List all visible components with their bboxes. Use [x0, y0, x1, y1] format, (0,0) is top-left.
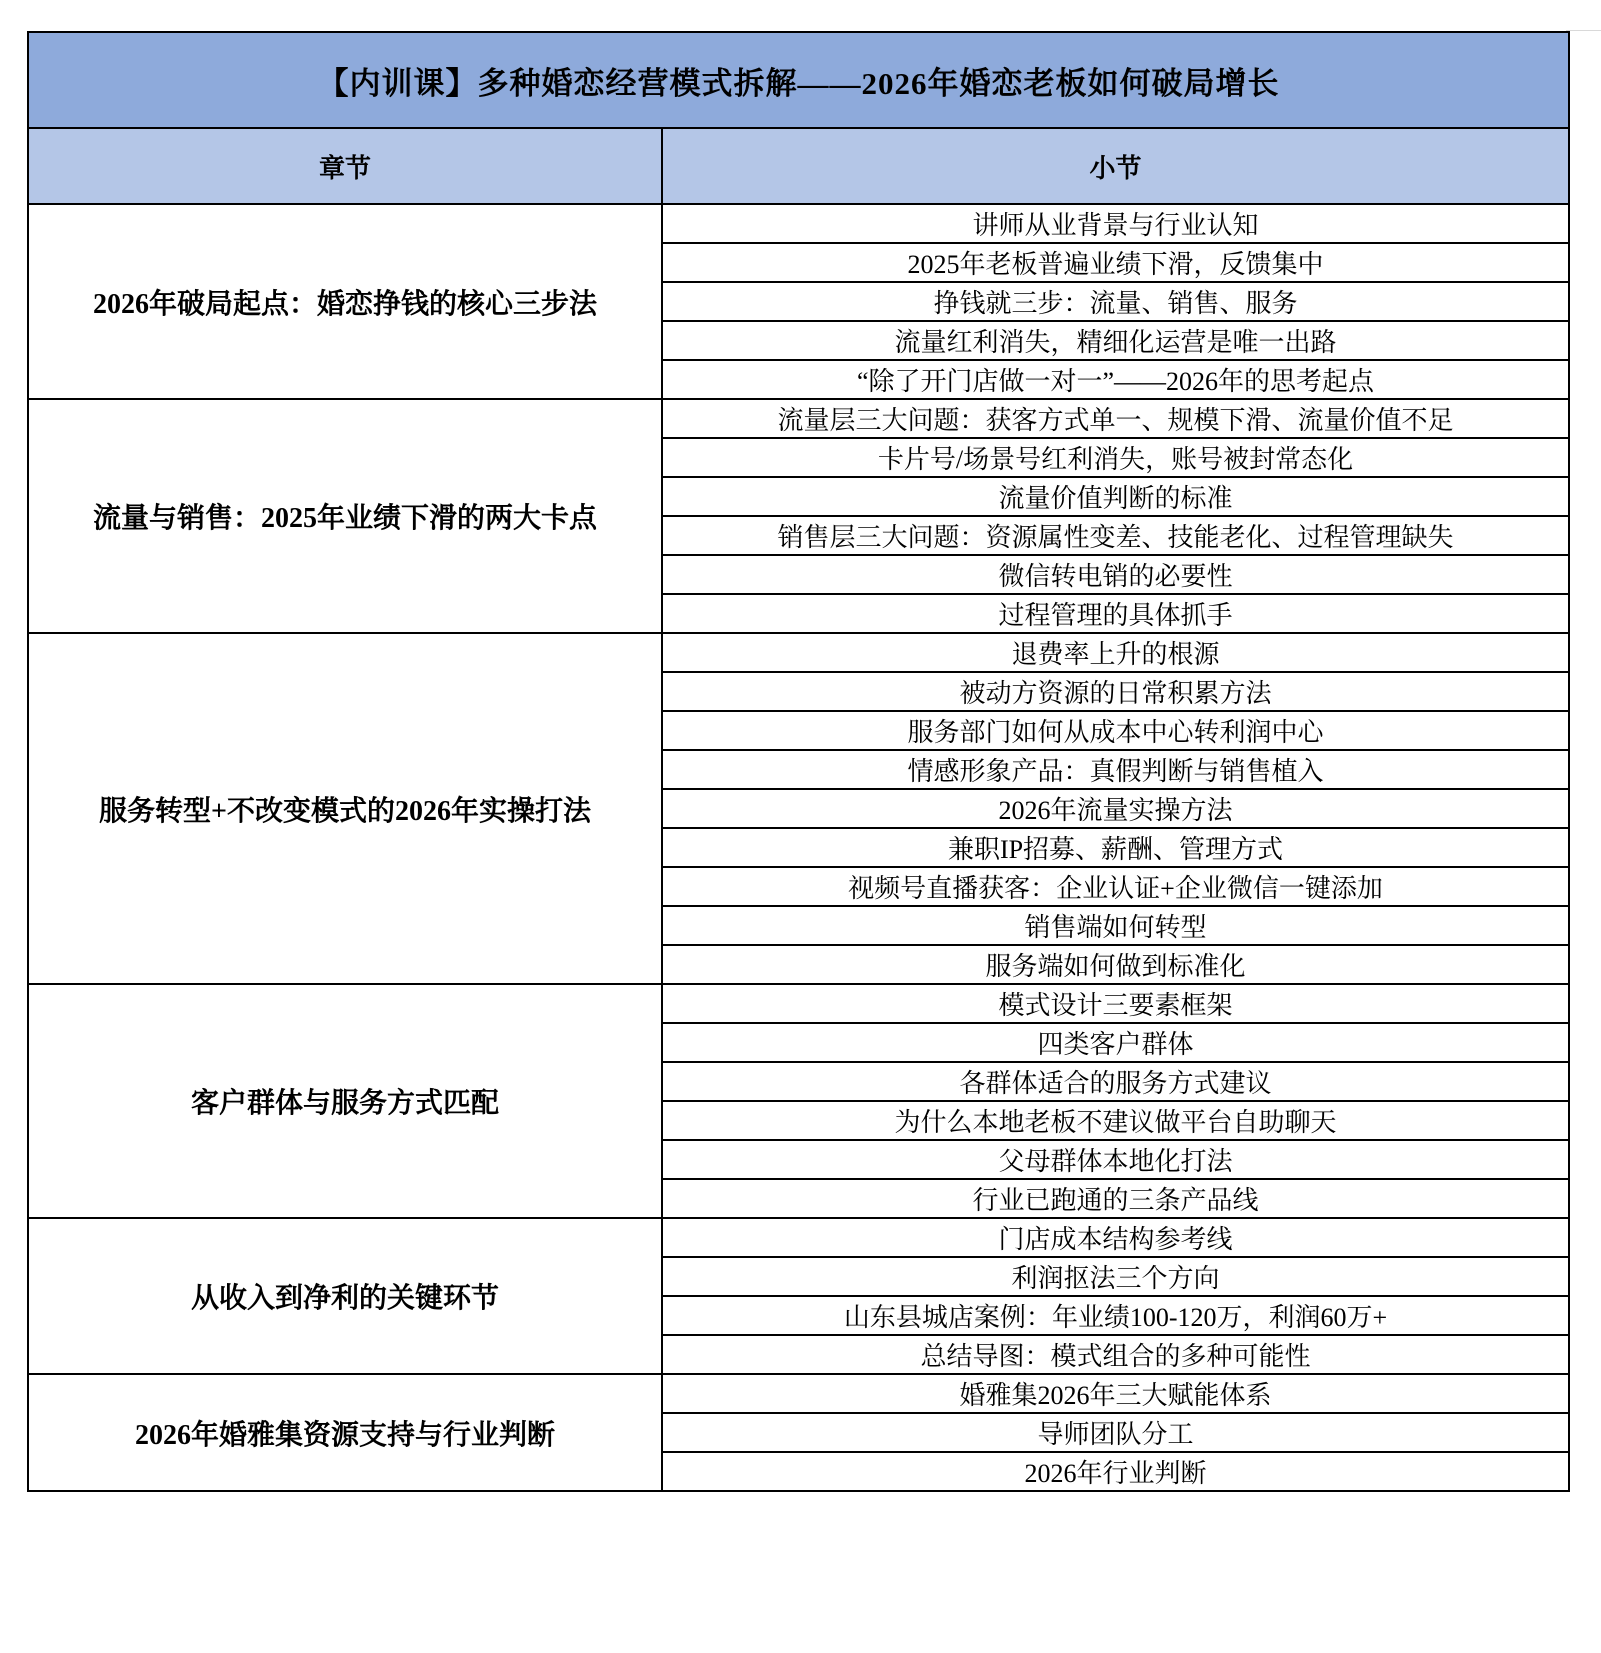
column-header-row: 章节 小节 — [28, 128, 1569, 204]
section-cell: 过程管理的具体抓手 — [662, 594, 1569, 633]
spreadsheet-page: 【内训课】多种婚恋经营模式拆解——2026年婚恋老板如何破局增长 章节 小节 2… — [0, 0, 1601, 1653]
title-row: 【内训课】多种婚恋经营模式拆解——2026年婚恋老板如何破局增长 — [28, 32, 1569, 128]
table-row: 服务转型+不改变模式的2026年实操打法退费率上升的根源 — [28, 633, 1569, 672]
section-cell: 流量红利消失，精细化运营是唯一出路 — [662, 321, 1569, 360]
section-cell: 模式设计三要素框架 — [662, 984, 1569, 1023]
course-outline-table: 【内训课】多种婚恋经营模式拆解——2026年婚恋老板如何破局增长 章节 小节 2… — [27, 31, 1570, 1492]
table-row: 客户群体与服务方式匹配模式设计三要素框架 — [28, 984, 1569, 1023]
chapter-cell: 流量与销售：2025年业绩下滑的两大卡点 — [28, 399, 662, 633]
section-cell: 微信转电销的必要性 — [662, 555, 1569, 594]
section-cell: 四类客户群体 — [662, 1023, 1569, 1062]
gridline — [1566, 30, 1601, 31]
section-cell: 视频号直播获客：企业认证+企业微信一键添加 — [662, 867, 1569, 906]
section-cell: 流量层三大问题：获客方式单一、规模下滑、流量价值不足 — [662, 399, 1569, 438]
chapter-column-header: 章节 — [28, 128, 662, 204]
section-cell: 退费率上升的根源 — [662, 633, 1569, 672]
section-cell: 利润抠法三个方向 — [662, 1257, 1569, 1296]
chapter-cell: 从收入到净利的关键环节 — [28, 1218, 662, 1374]
section-cell: 被动方资源的日常积累方法 — [662, 672, 1569, 711]
section-cell: 婚雅集2026年三大赋能体系 — [662, 1374, 1569, 1413]
section-cell: 卡片号/场景号红利消失，账号被封常态化 — [662, 438, 1569, 477]
section-column-header: 小节 — [662, 128, 1569, 204]
section-cell: 2026年行业判断 — [662, 1452, 1569, 1491]
section-cell: “除了开门店做一对一”——2026年的思考起点 — [662, 360, 1569, 399]
section-cell: 山东县城店案例：年业绩100-120万，利润60万+ — [662, 1296, 1569, 1335]
section-cell: 兼职IP招募、薪酬、管理方式 — [662, 828, 1569, 867]
table-title: 【内训课】多种婚恋经营模式拆解——2026年婚恋老板如何破局增长 — [28, 32, 1569, 128]
section-cell: 销售层三大问题：资源属性变差、技能老化、过程管理缺失 — [662, 516, 1569, 555]
section-cell: 2025年老板普遍业绩下滑，反馈集中 — [662, 243, 1569, 282]
section-cell: 为什么本地老板不建议做平台自助聊天 — [662, 1101, 1569, 1140]
section-cell: 情感形象产品：真假判断与销售植入 — [662, 750, 1569, 789]
section-cell: 总结导图：模式组合的多种可能性 — [662, 1335, 1569, 1374]
section-cell: 父母群体本地化打法 — [662, 1140, 1569, 1179]
section-cell: 导师团队分工 — [662, 1413, 1569, 1452]
chapter-cell: 客户群体与服务方式匹配 — [28, 984, 662, 1218]
section-cell: 销售端如何转型 — [662, 906, 1569, 945]
section-cell: 挣钱就三步：流量、销售、服务 — [662, 282, 1569, 321]
section-cell: 流量价值判断的标准 — [662, 477, 1569, 516]
table-row: 流量与销售：2025年业绩下滑的两大卡点流量层三大问题：获客方式单一、规模下滑、… — [28, 399, 1569, 438]
section-cell: 各群体适合的服务方式建议 — [662, 1062, 1569, 1101]
section-cell: 服务部门如何从成本中心转利润中心 — [662, 711, 1569, 750]
chapter-cell: 2026年婚雅集资源支持与行业判断 — [28, 1374, 662, 1491]
section-cell: 行业已跑通的三条产品线 — [662, 1179, 1569, 1218]
chapter-cell: 2026年破局起点：婚恋挣钱的核心三步法 — [28, 204, 662, 399]
section-cell: 门店成本结构参考线 — [662, 1218, 1569, 1257]
table-row: 从收入到净利的关键环节门店成本结构参考线 — [28, 1218, 1569, 1257]
section-cell: 2026年流量实操方法 — [662, 789, 1569, 828]
chapter-cell: 服务转型+不改变模式的2026年实操打法 — [28, 633, 662, 984]
section-cell: 服务端如何做到标准化 — [662, 945, 1569, 984]
table-row: 2026年破局起点：婚恋挣钱的核心三步法讲师从业背景与行业认知 — [28, 204, 1569, 243]
table-row: 2026年婚雅集资源支持与行业判断婚雅集2026年三大赋能体系 — [28, 1374, 1569, 1413]
section-cell: 讲师从业背景与行业认知 — [662, 204, 1569, 243]
course-table-body: 2026年破局起点：婚恋挣钱的核心三步法讲师从业背景与行业认知2025年老板普遍… — [28, 204, 1569, 1491]
